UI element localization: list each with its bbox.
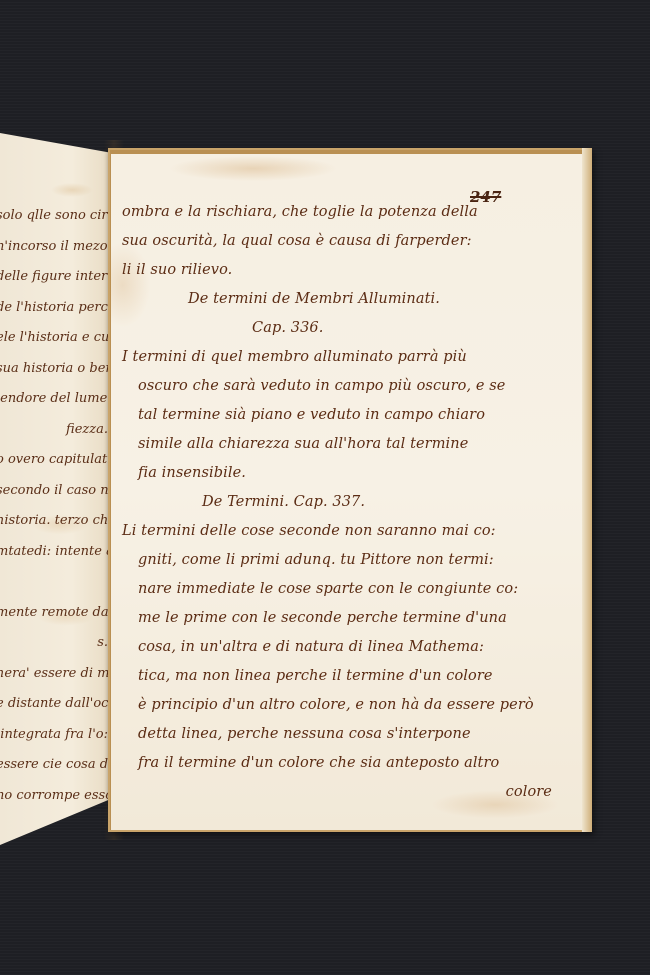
verso-line: mente remote dall <box>0 598 114 629</box>
text-line: è principio d'un altro colore, e non hà … <box>122 691 552 720</box>
text-line-initial: I termini di quel membro alluminato parr… <box>122 343 552 372</box>
text-line: fra il termine d'un colore che sia antep… <box>122 749 552 778</box>
verso-line: historia. terzo che <box>0 506 114 537</box>
text-line: li il suo rilievo. <box>122 256 552 285</box>
text-line: gniti, come li primi adunq. tu Pittore n… <box>122 546 552 575</box>
text-line: simile alla chiarezza sua all'hora tal t… <box>122 430 552 459</box>
verso-line: lendore del lume piu <box>0 384 114 415</box>
text-line: tal termine sià piano e veduto in campo … <box>122 401 552 430</box>
verso-line <box>0 567 114 598</box>
verso-line: secondo il caso nel <box>0 476 114 507</box>
recto-text: ombra e la rischiara, che toglie la pote… <box>122 198 552 807</box>
verso-line: integrata fra l'o: <box>0 720 114 751</box>
verso-line: essere cie cosa dena <box>0 750 114 781</box>
verso-line: om: <box>0 811 114 842</box>
text-line-initial: Li termini delle cose seconde non sarann… <box>122 517 552 546</box>
verso-line: hera' essere di minor <box>0 659 114 690</box>
text-line: detta linea, perche nessuna cosa s'inter… <box>122 720 552 749</box>
chapter-number: Cap. 336. <box>122 314 552 343</box>
text-line: me le prime con le seconde perche termin… <box>122 604 552 633</box>
chapter-heading: De Termini. Cap. 337. <box>122 488 552 517</box>
text-line: sua oscurità, la qual cosa è causa di fa… <box>122 227 552 256</box>
catchword: colore <box>122 778 552 807</box>
text-line: oscuro che sarà veduto in campo più oscu… <box>122 372 552 401</box>
verso-line: o overo capitulatione <box>0 445 114 476</box>
verso-line: sua historia o bene <box>0 354 114 385</box>
verso-line: e distante dall'occhio <box>0 689 114 720</box>
verso-line: de l'historia perche <box>0 293 114 324</box>
text-line: cosa, in un'altra e di natura di linea M… <box>122 633 552 662</box>
verso-line: ele l'historia e cui: <box>0 323 114 354</box>
verso-line: s. <box>0 628 114 659</box>
text-line: fia insensibile. <box>122 459 552 488</box>
recto-page: 247 ombra e la rischiara, che toglie la … <box>108 148 592 832</box>
page-edge <box>582 148 592 832</box>
verso-line: delle figure inter: <box>0 262 114 293</box>
verso-line: solo qlle sono circon: <box>0 201 114 232</box>
verso-text: solo qlle sono circon: n'incorso il mezo… <box>0 201 114 842</box>
text-line: tica, ma non linea perche il termine d'u… <box>122 662 552 691</box>
chapter-heading: De termini de Membri Alluminati. <box>122 285 552 314</box>
text-line: ombra e la rischiara, che toglie la pote… <box>122 198 552 227</box>
verso-line: no corrompe esso <box>0 781 114 812</box>
verso-page: solo qlle sono circon: n'incorso il mezo… <box>0 133 120 845</box>
verso-line: fiezza. <box>0 415 114 446</box>
manuscript-spread: solo qlle sono circon: n'incorso il mezo… <box>0 0 650 975</box>
verso-line: mtatedi: intente al <box>0 537 114 568</box>
verso-line: n'incorso il mezo dell <box>0 232 114 263</box>
text-line: nare immediate le cose sparte con le con… <box>122 575 552 604</box>
